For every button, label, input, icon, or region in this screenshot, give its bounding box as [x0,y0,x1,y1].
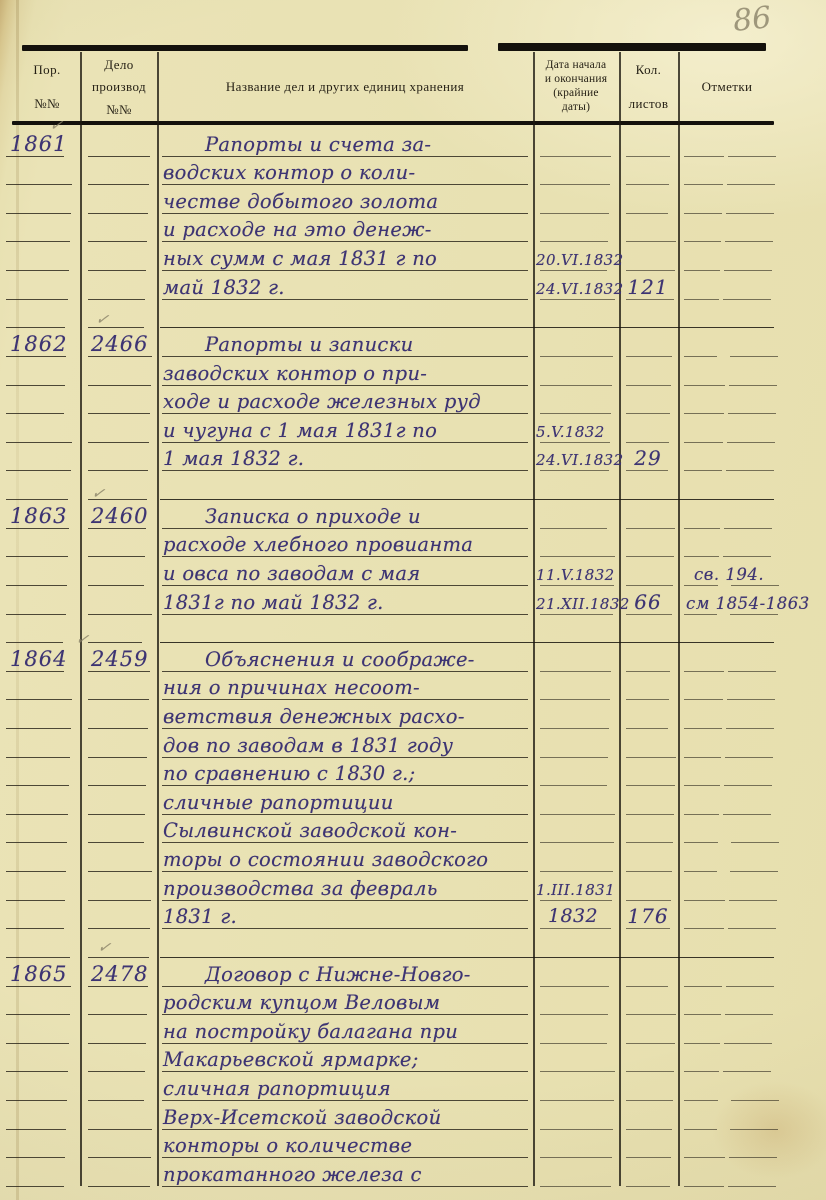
ruled-line [684,1186,724,1187]
header-label: Кол. [636,62,662,78]
date-value: 24.VI.1832 [536,451,624,469]
title-line: и расходе на это денеж- [163,218,432,241]
column-header-sheets: Кол. листов [620,53,677,121]
date-value: 11.V.1832 [536,566,615,584]
header-label: листов [629,96,669,112]
header-label: Дата начала [546,59,607,73]
ruled-line [162,1186,528,1187]
entry-gap-row [0,929,826,958]
case-number: 2466 [91,332,148,356]
date-value: 1832 [548,905,598,927]
title-line: Записка о приходе и [205,505,421,528]
title-line: на постройку балагана при [163,1020,458,1043]
entry-line-row: и расходе на это денеж- [0,214,826,243]
title-line: водских контор о коли- [163,161,415,184]
entry-line-row: ных сумм с мая 1831 г по20.VI.1832 [0,242,826,271]
title-line: расходе хлебного провианта [163,533,473,556]
entry-number: 1862 [10,332,67,356]
sheet-count: 176 [622,904,674,928]
entry-number: 1863 [10,504,67,528]
title-line: родским купцом Веловым [163,991,440,1014]
entry-line-row: расходе хлебного провианта [0,529,826,558]
date-value: 20.VI.1832 [536,251,624,269]
header-label: Пор. [33,62,60,78]
entry-line-row: 18642459Объяснения и соображе- [0,643,826,672]
title-line: производства за февраль [163,877,438,900]
top-rule-right [498,43,766,51]
date-value: 21.XII.1832 [536,595,630,613]
title-line: конторы о количестве [163,1134,412,1157]
entry-line-row: водских контор о коли- [0,157,826,186]
title-line: 1831г по май 1832 г. [163,591,384,614]
entry-line-row: 1861Рапорты и счета за- [0,128,826,157]
case-number: 2459 [91,647,148,671]
entry-line-row: Макарьевской ярмарке; [0,1044,826,1073]
entry-line-row: 18632460Записка о приходе и [0,500,826,529]
title-line: 1831 г. [163,905,237,928]
entry-number: 1864 [10,647,67,671]
entry-line-row: 18622466Рапорты и записки [0,328,826,357]
entry-line-row: май 1832 г.24.VI.1832121 [0,271,826,300]
entry-line-row: 1831 г.1832176 [0,901,826,930]
title-line: май 1832 г. [163,276,285,299]
title-line: Макарьевской ярмарке; [163,1048,419,1071]
title-line: 1 мая 1832 г. [163,447,304,470]
title-line: сличная рапортиция [163,1077,391,1100]
entry-line-row: торы о состоянии заводского [0,844,826,873]
sheet-count: 29 [622,446,674,470]
column-header-title: Название дел и других единиц хранения [158,53,532,121]
header-label: Отметки [702,79,753,95]
pencil-page-number: 86 [731,0,773,39]
entry-line-row: 18652478Договор с Нижне-Новго- [0,958,826,987]
sheet-count: 121 [622,275,674,299]
header-label: №№ [106,102,132,118]
date-value: 1.III.1831 [536,881,615,899]
header-label: №№ [34,96,60,112]
header-label: (крайние [553,87,598,101]
entry-line-row: конторы о количестве [0,1130,826,1159]
title-line: ния о причинах несоот- [163,676,420,699]
note-value: св. 194. [694,565,764,584]
ruled-line [626,1186,670,1187]
header-label: Дело [104,57,133,73]
entry-line-row: по сравнению с 1830 г.; [0,758,826,787]
title-line: дов по заводам в 1831 году [163,734,453,757]
entry-number: 1865 [10,962,67,986]
entry-line-row: и чугуна с 1 мая 1831г по5.V.1832 [0,414,826,443]
header-label: Название дел и других единиц хранения [226,79,464,95]
title-line: Рапорты и записки [205,333,413,356]
title-line: прокатанного железа с [163,1163,422,1186]
note-value: см 1854-1863 [686,594,810,613]
entry-line-row: Верх-Исетской заводской [0,1101,826,1130]
header-bottom-rule [12,121,774,125]
case-number: 2478 [91,962,148,986]
title-line: ных сумм с мая 1831 г по [163,247,437,270]
title-line: Договор с Нижне-Новго- [205,963,471,986]
column-header-dates: Дата начала и окончания (крайние даты) [534,53,618,121]
case-number: 2460 [91,504,148,528]
title-line: по сравнению с 1830 г.; [163,762,416,785]
sheet-count: 66 [622,590,674,614]
title-line: Верх-Исетской заводской [163,1106,441,1129]
entry-line-row: ветствия денежных расхо- [0,700,826,729]
column-header-delo: Дело производ №№ [81,53,157,121]
entry-line-row: на постройку балагана при [0,1015,826,1044]
entry-line-row: и овса по заводам с мая11.V.1832св. 194. [0,557,826,586]
column-header-por: Пор. №№ [14,53,80,121]
ruled-line [540,1186,611,1187]
entry-line-row: заводских контор о при- [0,357,826,386]
title-line: торы о состоянии заводского [163,848,488,871]
title-line: Сылвинской заводской кон- [163,819,457,842]
entry-gap-row [0,300,826,329]
ruled-line [728,1186,776,1187]
entry-line-row: честве добытого золота [0,185,826,214]
title-line: Объяснения и соображе- [205,648,475,671]
title-line: ходе и расходе железных руд [163,390,481,413]
title-line: сличные рапортиции [163,791,394,814]
archive-scan-page: 86 Пор. №№ Дело производ №№ Название дел… [0,0,826,1200]
date-value: 24.VI.1832 [536,280,624,298]
entry-line-row: дов по заводам в 1831 году [0,729,826,758]
entry-line-row: 1 мая 1832 г.24.VI.183229 [0,443,826,472]
ruled-line [88,1186,150,1187]
entry-gap-row [0,615,826,644]
entry-line-row: 1831г по май 1832 г.21.XII.183266см 1854… [0,586,826,615]
title-line: ветствия денежных расхо- [163,705,465,728]
entry-gap-row [0,471,826,500]
entry-line-row: родским купцом Веловым [0,987,826,1016]
entry-line-row: производства за февраль1.III.1831 [0,872,826,901]
entry-line-row: ходе и расходе железных руд [0,386,826,415]
title-line: и овса по заводам с мая [163,562,421,585]
header-label: и окончания [545,73,607,87]
entry-line-row: сличные рапортиции [0,786,826,815]
title-line: и чугуна с 1 мая 1831г по [163,419,437,442]
ruled-line [6,1186,64,1187]
header-label: производ [92,79,146,95]
entry-line-row: Сылвинской заводской кон- [0,815,826,844]
header-label: даты) [562,101,590,115]
entry-line-row: сличная рапортиция [0,1072,826,1101]
entry-line-row: ния о причинах несоот- [0,672,826,701]
title-line: Рапорты и счета за- [205,133,431,156]
top-rule-left [22,45,468,51]
title-line: честве добытого золота [163,190,438,213]
date-value: 5.V.1832 [536,423,605,441]
entry-line-row: прокатанного железа с [0,1158,826,1187]
title-line: заводских контор о при- [163,362,427,385]
column-header-notes: Отметки [679,53,775,121]
